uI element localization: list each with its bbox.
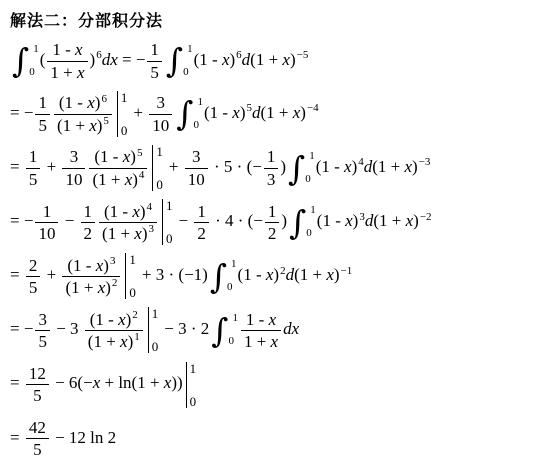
math-text: )	[281, 211, 287, 230]
math-text: +	[42, 157, 60, 176]
math-text: +	[133, 103, 147, 122]
denominator: 5	[26, 438, 49, 457]
math-variable: d	[286, 265, 295, 284]
numerator: 2	[26, 255, 41, 276]
numerator: 1	[265, 201, 280, 222]
numerator: 1 - x	[47, 39, 87, 60]
math-text: 1	[268, 202, 277, 221]
numerator: 1	[147, 39, 162, 60]
math-text: (1 -	[238, 265, 266, 284]
fraction: 110	[35, 201, 58, 245]
solution-heading: 解法二：分部积分法	[10, 8, 548, 31]
math-variable: x	[77, 63, 85, 82]
math-variable: x	[282, 50, 290, 69]
fraction: 15	[35, 92, 50, 136]
fraction: (1 - x)6(1 + x)5	[54, 92, 112, 136]
denominator: (1 + x)1	[85, 330, 143, 352]
fraction: 125	[26, 363, 49, 407]
upper-limit: 1	[33, 44, 39, 55]
integral-limits: 10	[229, 313, 238, 347]
denominator: 2	[194, 222, 209, 244]
denominator: (1 + x)5	[54, 114, 112, 136]
denominator: (1 + x)2	[62, 276, 120, 298]
upper-limit: 1	[231, 259, 237, 270]
math-text: (	[40, 50, 46, 69]
lower-limit: 0	[166, 232, 173, 245]
numerator: 1	[194, 201, 209, 222]
superscript: −4	[307, 102, 319, 114]
math-variable: x	[118, 310, 126, 329]
math-text: 5	[150, 63, 159, 82]
numerator: (1 - x)2	[85, 309, 143, 330]
math-text: +	[42, 265, 60, 284]
math-variable: x	[345, 211, 353, 230]
integral-sign: ∫10	[166, 44, 193, 78]
lower-limit: 0	[306, 228, 316, 239]
math-text: (1 +	[372, 157, 404, 176]
eq-line-5: = 25 + (1 - x)3(1 + x)210+ 3 · (−1)∫10(1…	[10, 252, 548, 299]
fraction: (1 - x)2(1 + x)1	[85, 309, 143, 353]
math-text: (1 +	[261, 103, 293, 122]
math-text: (1 +	[92, 170, 124, 189]
math-text: 12	[29, 364, 46, 383]
math-text: 1	[38, 93, 47, 112]
integral-limits: 10	[194, 97, 203, 131]
numerator: (1 - x)3	[62, 255, 120, 276]
math-text: 5	[29, 170, 38, 189]
math-text: )	[128, 332, 134, 351]
integral-glyph: ∫	[210, 261, 227, 292]
math-text: = −	[10, 319, 33, 338]
math-text: )	[353, 211, 359, 230]
fraction: 35	[35, 309, 50, 353]
math-text: (1 +	[250, 50, 282, 69]
eq-line-7: = 125 − 6(−x + ln(1 + x))10	[10, 360, 548, 407]
fraction: (1 - x)5(1 + x)4	[89, 146, 147, 190]
denominator: 5	[26, 276, 41, 298]
math-variable: x	[232, 103, 240, 122]
evaluation-bar: 10	[152, 145, 163, 191]
math-text: 10	[65, 170, 82, 189]
superscript: −3	[419, 156, 431, 168]
math-text: 2	[197, 224, 206, 243]
fraction: (1 - x)4(1 + x)3	[99, 201, 157, 245]
math-text: + ln(1 +	[100, 373, 164, 392]
fraction: 12	[194, 201, 209, 245]
lower-limit: 0	[121, 124, 128, 137]
math-text: )	[97, 116, 103, 135]
math-variable: x	[406, 211, 414, 230]
math-text: )	[280, 157, 286, 176]
math-text: = −	[118, 50, 146, 69]
lower-limit: 0	[190, 395, 197, 408]
math-text: (1 -	[104, 202, 132, 221]
lower-limit: 0	[156, 178, 163, 191]
math-text: (1 -	[317, 211, 345, 230]
fraction: 15	[147, 39, 162, 83]
math-text: 3	[70, 147, 79, 166]
denominator: 10	[185, 168, 208, 190]
integral-sign: ∫10	[12, 44, 39, 78]
lower-limit: 0	[227, 282, 237, 293]
eq-line-2: = −15(1 - x)6(1 + x)510+ 310∫10(1 - x)5d…	[10, 90, 548, 137]
upper-limit: 1	[309, 151, 315, 162]
upper-limit: 1	[121, 91, 128, 104]
eq-line-3: = 15 + 310(1 - x)5(1 + x)410+ 310 · 5 · …	[10, 144, 548, 191]
math-text: (1 -	[316, 157, 344, 176]
integral-glyph: ∫	[166, 45, 183, 76]
math-text: (1 -	[194, 50, 222, 69]
fraction: 25	[26, 255, 41, 299]
math-variable: d	[364, 157, 373, 176]
math-text: −	[60, 211, 78, 230]
superscript: 3	[110, 255, 116, 267]
math-text: 3	[192, 147, 201, 166]
superscript: 6	[101, 93, 107, 105]
fraction: 310	[62, 146, 85, 190]
fraction: 12	[81, 201, 96, 245]
math-text: )	[273, 265, 279, 284]
math-variable: x	[75, 40, 83, 59]
math-variable: dx	[102, 50, 118, 69]
math-text: )	[132, 170, 138, 189]
fraction: 1 - x1 + x	[47, 39, 87, 83]
math-text: )	[142, 224, 148, 243]
numerator: (1 - x)4	[99, 201, 157, 222]
integral-sign: ∫10	[211, 313, 238, 347]
math-text: 10	[188, 170, 205, 189]
denominator: 10	[149, 114, 172, 136]
math-text: )	[230, 50, 236, 69]
lower-limit: 0	[305, 174, 315, 185]
denominator: 5	[35, 330, 50, 352]
math-variable: x	[269, 310, 277, 329]
denominator: 5	[26, 168, 41, 190]
eq-line-8: = 425 − 12 ln 2	[10, 415, 548, 457]
math-text: (1 +	[65, 278, 97, 297]
integral-limits: 10	[307, 205, 316, 239]
math-text: · 4 · (−	[211, 211, 263, 230]
numerator: 1	[81, 201, 96, 222]
math-text: 1 -	[246, 310, 269, 329]
integral-glyph: ∫	[211, 315, 228, 346]
denominator: 1 + x	[241, 330, 281, 352]
math-text: )	[95, 93, 101, 112]
evaluation-bar: 10	[125, 253, 136, 299]
denominator: 10	[35, 222, 58, 244]
math-text: (1 -	[204, 103, 232, 122]
upper-limit: 1	[190, 362, 197, 375]
math-text: 2	[268, 224, 277, 243]
upper-limit: 1	[156, 145, 163, 158]
denominator: 2	[265, 222, 280, 244]
superscript: 5	[137, 147, 143, 159]
math-text: )	[300, 103, 306, 122]
upper-limit: 1	[166, 199, 173, 212]
denominator: 1 + x	[47, 61, 87, 83]
math-text: 1	[29, 147, 38, 166]
math-text: 5	[38, 332, 47, 351]
math-text: 2	[84, 224, 93, 243]
math-text: (1 -	[90, 310, 118, 329]
superscript: 2	[112, 277, 118, 289]
math-text: 1	[267, 147, 276, 166]
math-text: 10	[152, 116, 169, 135]
math-text: (1 +	[373, 211, 405, 230]
math-text: )	[103, 256, 109, 275]
math-text: 1	[43, 202, 52, 221]
evaluation-bar: 10	[162, 199, 173, 245]
math-variable: x	[344, 157, 352, 176]
math-text: =	[10, 373, 24, 392]
math-text: −	[179, 211, 193, 230]
math-text: 3	[157, 93, 166, 112]
denominator: 5	[35, 114, 50, 136]
superscript: 3	[149, 223, 155, 235]
numerator: 1 - x	[241, 309, 281, 330]
math-variable: d	[252, 103, 261, 122]
numerator: (1 - x)5	[89, 146, 147, 167]
math-text: )	[105, 278, 111, 297]
integral-limits: 10	[184, 44, 193, 78]
numerator: 3	[185, 146, 208, 167]
upper-limit: 1	[232, 313, 238, 324]
math-text: = −	[10, 103, 33, 122]
math-text: 3	[38, 310, 47, 329]
fraction: (1 - x)3(1 + x)2	[62, 255, 120, 299]
math-text: · 5 · (−	[210, 157, 262, 176]
math-text: )	[290, 50, 296, 69]
lower-limit: 0	[29, 67, 39, 78]
math-text: +	[169, 157, 183, 176]
equations: ∫10(1 - x1 + x)6dx = −15∫10(1 - x)6d(1 +…	[8, 37, 548, 457]
math-text: 2	[29, 256, 38, 275]
math-text: (1 -	[67, 256, 95, 275]
eq-line-6: = −35 − 3 (1 - x)2(1 + x)110− 3 · 2∫101 …	[10, 306, 548, 353]
math-variable: x	[134, 224, 142, 243]
integral-limits: 10	[228, 259, 237, 293]
eq-line-4: = −110 − 12(1 - x)4(1 + x)310− 12 · 4 · …	[10, 198, 548, 245]
upper-limit: 1	[310, 205, 316, 216]
integral-limits: 10	[30, 44, 39, 78]
superscript: −5	[297, 49, 309, 61]
fraction: 12	[265, 201, 280, 245]
math-variable: d	[242, 50, 251, 69]
denominator: 3	[264, 168, 279, 190]
evaluation-bar: 10	[186, 362, 197, 408]
math-text: (1 +	[102, 224, 134, 243]
math-text: )	[90, 50, 96, 69]
lower-limit: 0	[152, 340, 159, 353]
math-text: 5	[38, 116, 47, 135]
integral-glyph: ∫	[176, 98, 193, 129]
superscript: −1	[341, 265, 353, 277]
numerator: 1	[264, 146, 279, 167]
math-text: =	[10, 157, 24, 176]
math-text: 1	[84, 202, 93, 221]
numerator: 42	[26, 417, 49, 438]
math-text: 1 -	[52, 40, 75, 59]
math-text: 10	[38, 224, 55, 243]
integral-sign: ∫10	[288, 151, 315, 185]
integral-glyph: ∫	[12, 45, 29, 76]
math-text: )	[240, 103, 246, 122]
math-variable: x	[87, 93, 95, 112]
math-text: = −	[10, 211, 33, 230]
math-text: 5	[29, 278, 38, 297]
document: 解法二：分部积分法 ∫10(1 - x1 + x)6dx = −15∫10(1 …	[0, 0, 548, 457]
numerator: 3	[62, 146, 85, 167]
math-text: + 3 · (−1)	[142, 265, 208, 284]
math-variable: x	[132, 202, 140, 221]
lower-limit: 0	[228, 336, 238, 347]
math-text: 1	[150, 40, 159, 59]
numerator: 3	[35, 309, 50, 330]
math-text: 1 +	[50, 63, 77, 82]
fraction: 425	[26, 417, 49, 457]
math-variable: dx	[283, 319, 299, 338]
lower-limit: 0	[129, 286, 136, 299]
math-text: 5	[33, 386, 42, 405]
integral-sign: ∫10	[289, 205, 316, 239]
math-text: =	[10, 265, 24, 284]
math-text: (1 +	[294, 265, 326, 284]
eq-line-1: ∫10(1 - x1 + x)6dx = −15∫10(1 - x)6d(1 +…	[10, 37, 548, 83]
numerator: 1	[26, 146, 41, 167]
superscript: −2	[420, 211, 432, 223]
denominator: (1 + x)4	[89, 168, 147, 190]
math-variable: x	[405, 157, 413, 176]
math-text: )	[126, 310, 132, 329]
upper-limit: 1	[187, 44, 193, 55]
math-text: (1 -	[94, 147, 122, 166]
lower-limit: 0	[183, 67, 193, 78]
math-variable: x	[120, 332, 128, 351]
math-text: )	[130, 147, 136, 166]
superscript: 1	[134, 331, 140, 343]
math-text: 1	[197, 202, 206, 221]
fraction: 13	[264, 146, 279, 190]
math-text: )	[140, 202, 146, 221]
fraction: 310	[185, 146, 208, 190]
math-text: ))	[171, 373, 182, 392]
math-variable: x	[326, 265, 334, 284]
integral-glyph: ∫	[289, 207, 306, 238]
superscript: 2	[132, 309, 138, 321]
superscript: 4	[147, 201, 153, 213]
math-text: 5	[33, 440, 42, 457]
denominator: 2	[81, 222, 96, 244]
math-variable: x	[89, 116, 97, 135]
numerator: 1	[35, 201, 58, 222]
evaluation-bar: 10	[148, 307, 159, 353]
math-text: (1 +	[57, 116, 89, 135]
numerator: 3	[149, 92, 172, 113]
math-text: (1 +	[88, 332, 120, 351]
math-text: 1 +	[244, 332, 271, 351]
denominator: 5	[26, 384, 49, 406]
integral-sign: ∫10	[210, 259, 237, 293]
math-text: )	[412, 157, 418, 176]
denominator: 5	[147, 61, 162, 83]
upper-limit: 1	[197, 97, 203, 108]
integral-limits: 10	[306, 151, 315, 185]
math-text: (1 -	[59, 93, 87, 112]
math-text: )	[352, 157, 358, 176]
math-variable: x	[271, 332, 279, 351]
math-text: − 3 · 2	[164, 319, 209, 338]
integral-sign: ∫10	[176, 97, 203, 131]
upper-limit: 1	[152, 307, 159, 320]
numerator: (1 - x)6	[54, 92, 112, 113]
math-text: − 3	[52, 319, 83, 338]
math-text: )	[334, 265, 340, 284]
numerator: 12	[26, 363, 49, 384]
upper-limit: 1	[129, 253, 136, 266]
fraction: 1 - x1 + x	[241, 309, 281, 353]
math-text: 42	[29, 418, 46, 437]
math-variable: x	[222, 50, 230, 69]
math-text: − 6(−	[51, 373, 93, 392]
superscript: 5	[103, 115, 109, 127]
math-text: )	[413, 211, 419, 230]
fraction: 15	[26, 146, 41, 190]
denominator: 10	[62, 168, 85, 190]
denominator: (1 + x)3	[99, 222, 157, 244]
superscript: 4	[139, 169, 145, 181]
fraction: 310	[149, 92, 172, 136]
evaluation-bar: 10	[117, 91, 128, 137]
math-text: 3	[267, 170, 276, 189]
math-text: =	[10, 428, 24, 447]
math-text: − 12 ln 2	[51, 428, 116, 447]
numerator: 1	[35, 92, 50, 113]
integral-glyph: ∫	[288, 153, 305, 184]
lower-limit: 0	[193, 120, 203, 131]
